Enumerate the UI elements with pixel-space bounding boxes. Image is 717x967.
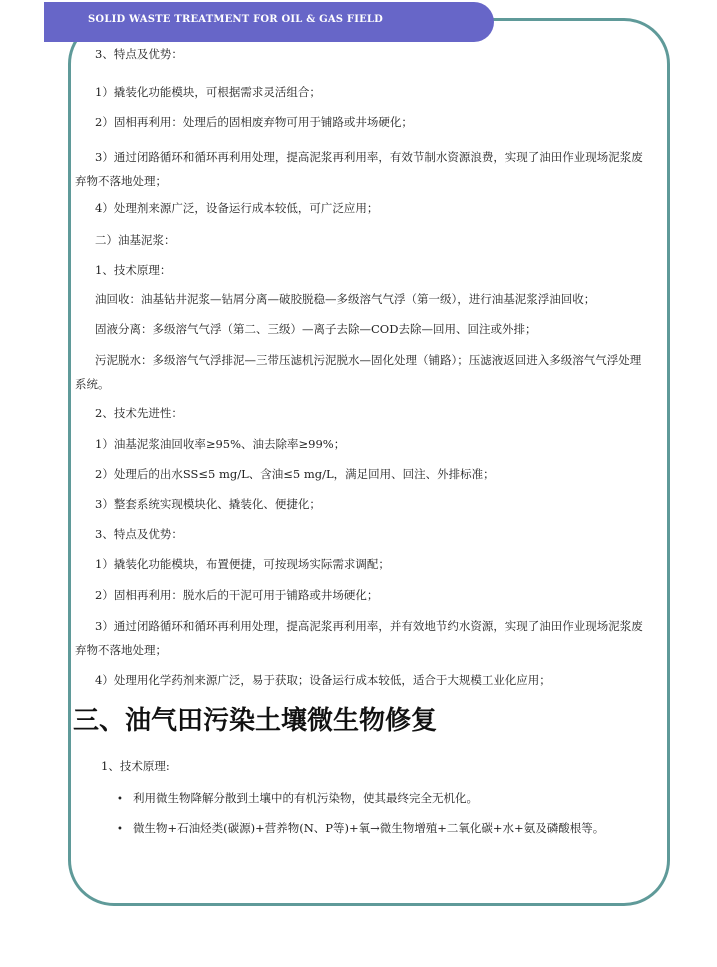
bullet-item: •利用微生物降解分散到土壤中的有机污染物，使其最终完全无机化。	[73, 790, 478, 808]
paragraph: 4）处理剂来源广泛，设备运行成本较低，可广泛应用；	[95, 200, 378, 216]
paragraph: 3）通过闭路循环和循环再利用处理，提高泥浆再利用率，有效节制水资源浪费，实现了油…	[75, 145, 647, 193]
paragraph: 4）处理用化学药剂来源广泛，易于获取；设备运行成本较低，适合于大规模工业化应用；	[95, 672, 551, 688]
header-banner: SOLID WASTE TREATMENT FOR OIL & GAS FIEL…	[44, 2, 494, 42]
header-title: SOLID WASTE TREATMENT FOR OIL & GAS FIEL…	[88, 14, 383, 25]
paragraph: 油回收：油基钻井泥浆—钻屑分离—破胶脱稳—多级溶气气浮（第一级），进行油基泥浆浮…	[95, 291, 595, 307]
paragraph: 3）整套系统实现模块化、撬装化、便捷化；	[95, 496, 321, 512]
bullet-text: 利用微生物降解分散到土壤中的有机污染物，使其最终完全无机化。	[133, 791, 478, 805]
section-subheading: 1、技术原理:	[101, 758, 170, 774]
paragraph: 2）处理后的出水SS≤5 mg/L、含油≤5 mg/L，满足回用、回注、外排标准…	[95, 466, 495, 482]
bullet-icon: •	[117, 822, 133, 838]
paragraph: 2）固相再利用：处理后的固相废弃物可用于铺路或井场硬化；	[95, 114, 413, 130]
paragraph: 1）撬装化功能模块，布置便捷，可按现场实际需求调配；	[95, 556, 390, 572]
bullet-item: •微生物+石油烃类(碳源)+营养物(N、P等)+氧→微生物增殖+二氧化碳+水+氨…	[73, 820, 604, 838]
paragraph: 2）固相再利用：脱水后的干泥可用于铺路或井场硬化；	[95, 587, 378, 603]
paragraph: 3）通过闭路循环和循环再利用处理，提高泥浆再利用率，并有效地节约水资源，实现了油…	[75, 614, 647, 662]
bullet-text: 微生物+石油烃类(碳源)+营养物(N、P等)+氧→微生物增殖+二氧化碳+水+氨及…	[133, 821, 604, 835]
bullet-icon: •	[117, 792, 133, 808]
paragraph: 3、特点及优势：	[95, 46, 183, 62]
paragraph: 二）油基泥浆：	[95, 232, 176, 248]
paragraph: 2、技术先进性：	[95, 405, 183, 421]
section-heading: 三、油气田污染土壤微生物修复	[73, 713, 437, 729]
paragraph: 1）油基泥浆油回收率≥95%、油去除率≥99%；	[95, 436, 345, 452]
paragraph: 污泥脱水：多级溶气气浮排泥—三带压滤机污泥脱水—固化处理（铺路）；压滤液返回进入…	[75, 348, 647, 396]
paragraph: 1、技术原理：	[95, 262, 171, 278]
paragraph: 1）撬装化功能模块，可根据需求灵活组合；	[95, 84, 321, 100]
paragraph: 固液分离：多级溶气气浮（第二、三级）—离子去除—COD去除—回用、回注或外排；	[95, 321, 536, 337]
paragraph: 3、特点及优势：	[95, 526, 183, 542]
